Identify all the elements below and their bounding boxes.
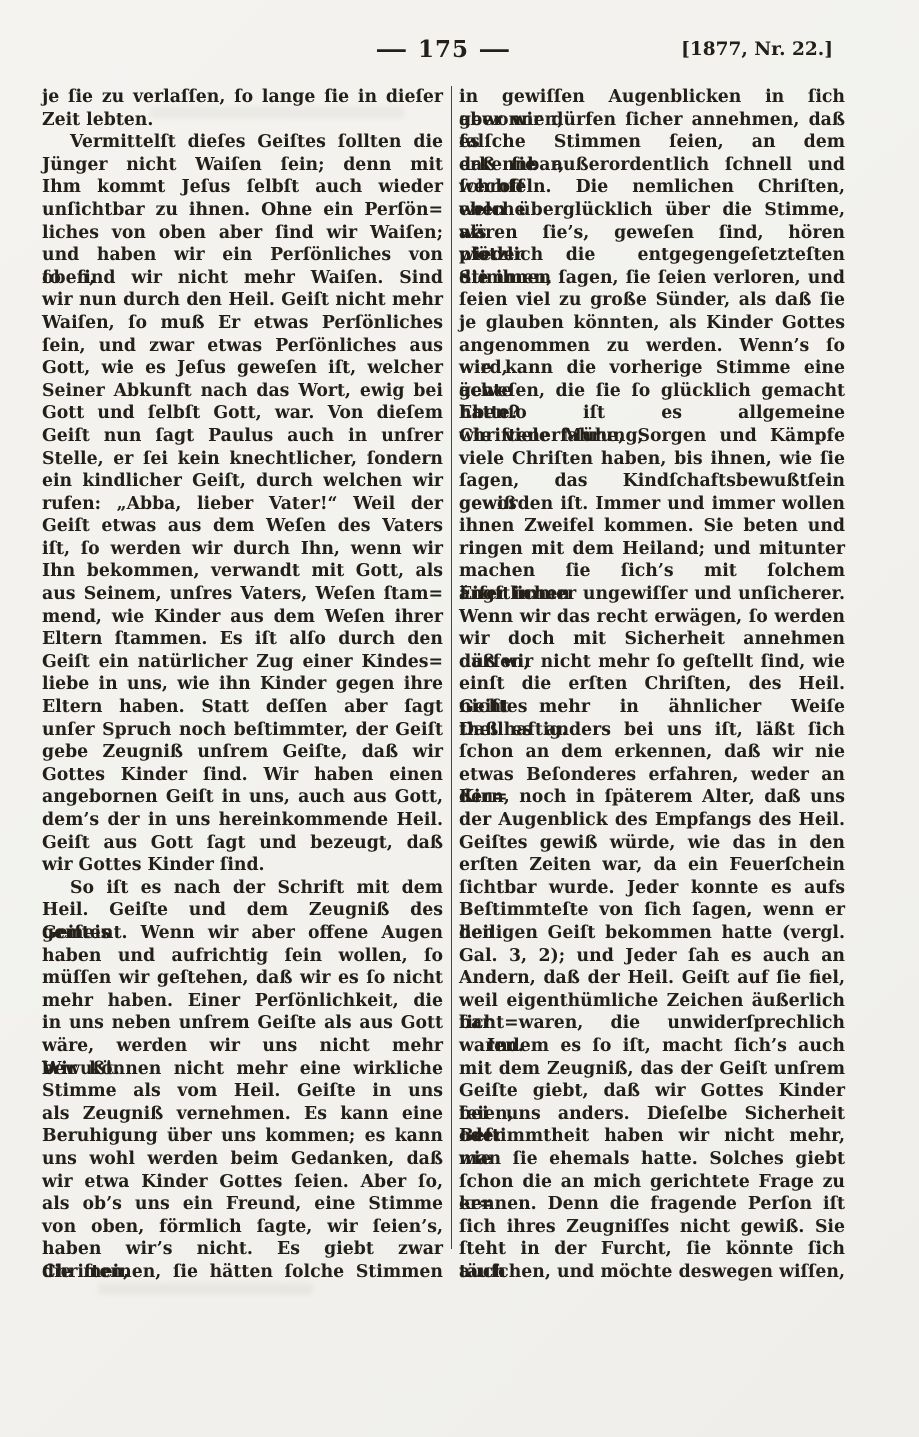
text-line: wir nun durch den Heil. Geiſt nicht mehr — [42, 289, 443, 312]
text-line: und haben wir ein Perſönliches von oben, — [42, 244, 443, 267]
text-line: gemeint. Wenn wir aber offene Augen — [42, 922, 443, 945]
text-line: gebe Zeugniß unſrem Geiſte, daß wir — [42, 741, 443, 764]
text-line: dem’s der in uns hereinkommende Heil. — [42, 809, 443, 832]
text-line: je glauben könnten, als Kinder Gottes — [459, 312, 845, 335]
text-line: Gal. 3, 2); und Jeder ſah es auch an — [459, 945, 845, 968]
text-line: ihnen Zweifel kommen. Sie beten und — [459, 515, 845, 538]
text-line: als Zeugniß vernehmen. Es kann eine — [42, 1103, 443, 1126]
header-dash-left: — — [375, 36, 409, 63]
text-line: wie viele Mühe, Sorgen und Kämpfe — [459, 425, 845, 448]
text-line: Andern, daß der Heil. Geiſt auf ſie fiel… — [459, 967, 845, 990]
text-line: Eifer immer ungewiſſer und unſicherer. — [459, 583, 845, 606]
text-line: geworden iſt. Immer und immer wollen — [459, 493, 845, 516]
column-divider-rule — [451, 86, 452, 1249]
text-line: wechſeln. Die nemlichen Chriſten, welche — [459, 176, 845, 199]
text-line: Beſtimmtheit haben wir nicht mehr, wie — [459, 1125, 845, 1148]
text-line: Heil. Geiſte und dem Zeugniß des Geiſtes — [42, 899, 443, 922]
text-line: liches von oben aber ſind wir Waiſen; — [42, 222, 443, 245]
right-column: in gewiſſen Augenblicken in ſich gewonne… — [459, 86, 845, 1283]
text-line: der Augenblick des Empfangs des Heil. — [459, 809, 845, 832]
text-line: wir doch mit Sicherheit annehmen dürfen, — [459, 628, 845, 651]
text-line: wie kann die vorherige Stimme eine ächte — [459, 357, 845, 380]
page-number: 175 — [418, 36, 469, 63]
text-line: Wenn wir das recht erwägen, ſo werden — [459, 606, 845, 629]
text-line: Gottes Kinder ſind. Wir haben einen — [42, 764, 443, 787]
text-line: ſteht in der Furcht, ſie könnte ſich auc… — [459, 1238, 845, 1261]
text-line: daß wir nicht mehr ſo geſtellt ſind, wie — [459, 651, 845, 674]
text-line: unſer Spruch noch beſtimmter, der Geiſt — [42, 719, 443, 742]
scan-bleedthrough-smudge — [98, 1283, 313, 1295]
text-line: iſt, ſo werden wir durch Ihn, wenn wir — [42, 538, 443, 561]
text-line: wieder die entgegengeſetzteſten Stimmen, — [459, 244, 845, 267]
text-line: weil eigenthümliche Zeichen äußerlich ſi… — [459, 990, 845, 1013]
text-line: nicht mehr in ähnlicher Weiſe theilhafti… — [459, 696, 845, 719]
text-line: ſchon an dem erkennen, daß wir nie — [459, 741, 845, 764]
text-line: wäre, werden wir uns nicht mehr bewußt. — [42, 1035, 443, 1058]
text-line: die meinen, ſie hätten ſolche Stimmen — [42, 1261, 443, 1284]
text-line: Waiſen, ſo muß Er etwas Perſönliches — [42, 312, 443, 335]
header-dash-right: — — [478, 36, 512, 63]
text-line: ſein, und zwar etwas Perſönliches aus — [42, 335, 443, 358]
text-line: Geiſt ein natürlicher Zug einer Kindes= — [42, 651, 443, 674]
text-line: haben wir’s nicht. Es giebt zwar Chriſte… — [42, 1238, 443, 1261]
text-line: Eltern haben. Statt deſſen aber ſagt — [42, 696, 443, 719]
text-line: Stelle, er ſei kein knechtlicher, ſonder… — [42, 448, 443, 471]
text-line: Ebenſo iſt es allgemeine Chriſtenerfahru… — [459, 402, 845, 425]
text-line: Ihm kommt Jeſus ſelbſt auch wieder — [42, 176, 443, 199]
text-line: Eltern ſtammen. Es iſt alſo durch den — [42, 628, 443, 651]
text-line: einſt die erſten Chriſten, des Heil. Gei… — [459, 673, 845, 696]
text-line: ſagen, das Kindſchaftsbewußtſein gewiß — [459, 470, 845, 493]
text-line: haben und aufrichtig ſein wollen, ſo — [42, 945, 443, 968]
text-line: täuſchen, und möchte deswegen wiſſen, — [459, 1261, 845, 1284]
text-line: ein kindlicher Geiſt, durch welchen wir — [42, 470, 443, 493]
text-line: So iſt es nach der Schrift mit dem — [42, 877, 443, 900]
text-line: Ihn bekommen, verwandt mit Gott, als — [42, 560, 443, 583]
text-line: ſich ihres Zeugniſſes nicht gewiß. Sie — [459, 1216, 845, 1239]
text-line: aber wir dürfen ſicher annehmen, daß es — [459, 109, 845, 132]
text-line: Geiſt etwas aus dem Weſen des Vaters — [42, 515, 443, 538]
text-line: als ob’s uns ein Freund, eine Stimme — [42, 1193, 443, 1216]
text-line: Stimme als vom Heil. Geiſte in uns — [42, 1080, 443, 1103]
text-line: wären ſie’s, geweſen ſind, hören plötzli… — [459, 222, 845, 245]
text-line: ſchon die an mich gerichtete Frage zu er… — [459, 1171, 845, 1194]
text-line: ſo ſind wir nicht mehr Waiſen. Sind — [42, 267, 443, 290]
text-line: Beſtimmteſte von ſich ſagen, wenn er den — [459, 899, 845, 922]
text-line: Geiſt nun ſagt Paulus auch in unſrer — [42, 425, 443, 448]
text-line: heiligen Geiſt bekommen hatte (vergl. — [459, 922, 845, 945]
text-line: rufen: „Abba, lieber Vater!“ Weil der — [42, 493, 443, 516]
text-line: Geiſt aus Gott ſagt und bezeugt, daß — [42, 832, 443, 855]
text-line: Jünger nicht Waiſen ſein; denn mit — [42, 154, 443, 177]
text-line: die ihnen ſagen, ſie ſeien verloren, und — [459, 267, 845, 290]
text-line: eben überglücklich über die Stimme, als — [459, 199, 845, 222]
text-line: machen ſie ſich’s mit ſolchem ängſtliche… — [459, 560, 845, 583]
text-line: in gewiſſen Augenblicken in ſich gewonne… — [459, 86, 845, 109]
text-line: wir etwa Kinder Gottes ſeien. Aber ſo, — [42, 1171, 443, 1194]
text-line: Indem es ſo iſt, macht ſich’s auch — [459, 1035, 845, 1058]
text-line: Seiner Abkunft nach das Wort, ewig bei — [42, 380, 443, 403]
text-line: Zeit lebten. — [42, 109, 443, 132]
text-line: mit dem Zeugniß, das der Geiſt unſrem — [459, 1058, 845, 1081]
text-line: unſichtbar zu ihnen. Ohne ein Perſön= — [42, 199, 443, 222]
left-column: je ſie zu verlaſſen, ſo lange ſie in die… — [42, 86, 443, 1283]
text-line: falſche Stimmen ſeien, an dem erkennbar, — [459, 131, 845, 154]
text-line: müſſen wir geſtehen, daß wir es ſo nicht — [42, 967, 443, 990]
text-line: kennen. Denn die fragende Perſon iſt — [459, 1193, 845, 1216]
text-line: erſten Zeiten war, da ein Feuerſchein — [459, 854, 845, 877]
text-line: je ſie zu verlaſſen, ſo lange ſie in die… — [42, 86, 443, 109]
text-line: angebornen Geiſt in uns, auch aus Gott, — [42, 786, 443, 809]
text-line: Gott und ſelbſt Gott, war. Von dieſem — [42, 402, 443, 425]
text-line: geweſen, die ſie ſo glücklich gemacht ha… — [459, 380, 845, 403]
text-line: bar waren, die unwiderſprechlich waren. — [459, 1012, 845, 1035]
text-line: etwas Beſonderes erfahren, weder an Kin= — [459, 764, 845, 787]
text-line: bei uns anders. Dieſelbe Sicherheit oder — [459, 1103, 845, 1126]
text-line: ringen mit dem Heiland; und mitunter — [459, 538, 845, 561]
text-line: aus Seinem, unſres Vaters, Weſen ſtam= — [42, 583, 443, 606]
text-line: viele Chriſten haben, bis ihnen, wie ſie — [459, 448, 845, 471]
text-line: Gott, wie es Jeſus geweſen iſt, welcher — [42, 357, 443, 380]
text-line: ſeien viel zu große Sünder, als daß ſie — [459, 289, 845, 312]
text-line: liebe in uns, wie ihn Kinder gegen ihre — [42, 673, 443, 696]
text-line: Vermittelſt dieſes Geiſtes ſollten die — [42, 131, 443, 154]
text-line: Daß es anders bei uns iſt, läßt ſich — [459, 719, 845, 742]
text-line: von oben, förmlich ſagte, wir ſeien’s, — [42, 1216, 443, 1239]
text-line: angenommen zu werden. Wenn’s ſo wird, — [459, 335, 845, 358]
text-line: daß ſie außerordentlich ſchnell und ſchr… — [459, 154, 845, 177]
text-line: uns wohl werden beim Gedanken, daß — [42, 1148, 443, 1171]
text-line: man ſie ehemals hatte. Solches giebt — [459, 1148, 845, 1171]
text-line: mehr haben. Einer Perſönlichkeit, die — [42, 990, 443, 1013]
text-line: mend, wie Kinder aus dem Weſen ihrer — [42, 606, 443, 629]
text-line: Wir können nicht mehr eine wirkliche — [42, 1058, 443, 1081]
text-line: Geiſte giebt, daß wir Gottes Kinder ſeie… — [459, 1080, 845, 1103]
text-line: Beruhigung über uns kommen; es kann — [42, 1125, 443, 1148]
issue-reference: [1877, Nr. 22.] — [681, 39, 833, 60]
text-line: ſichtbar wurde. Jeder konnte es aufs — [459, 877, 845, 900]
text-line: in uns neben unſrem Geiſte als aus Gott — [42, 1012, 443, 1035]
text-line: Geiſtes gewiß würde, wie das in den — [459, 832, 845, 855]
text-line: wir Gottes Kinder ſind. — [42, 854, 443, 877]
scanned-page: —175— [1877, Nr. 22.] je ſie zu verlaſſe… — [0, 0, 919, 1437]
text-line: dern, noch in ſpäterem Alter, daß uns — [459, 786, 845, 809]
